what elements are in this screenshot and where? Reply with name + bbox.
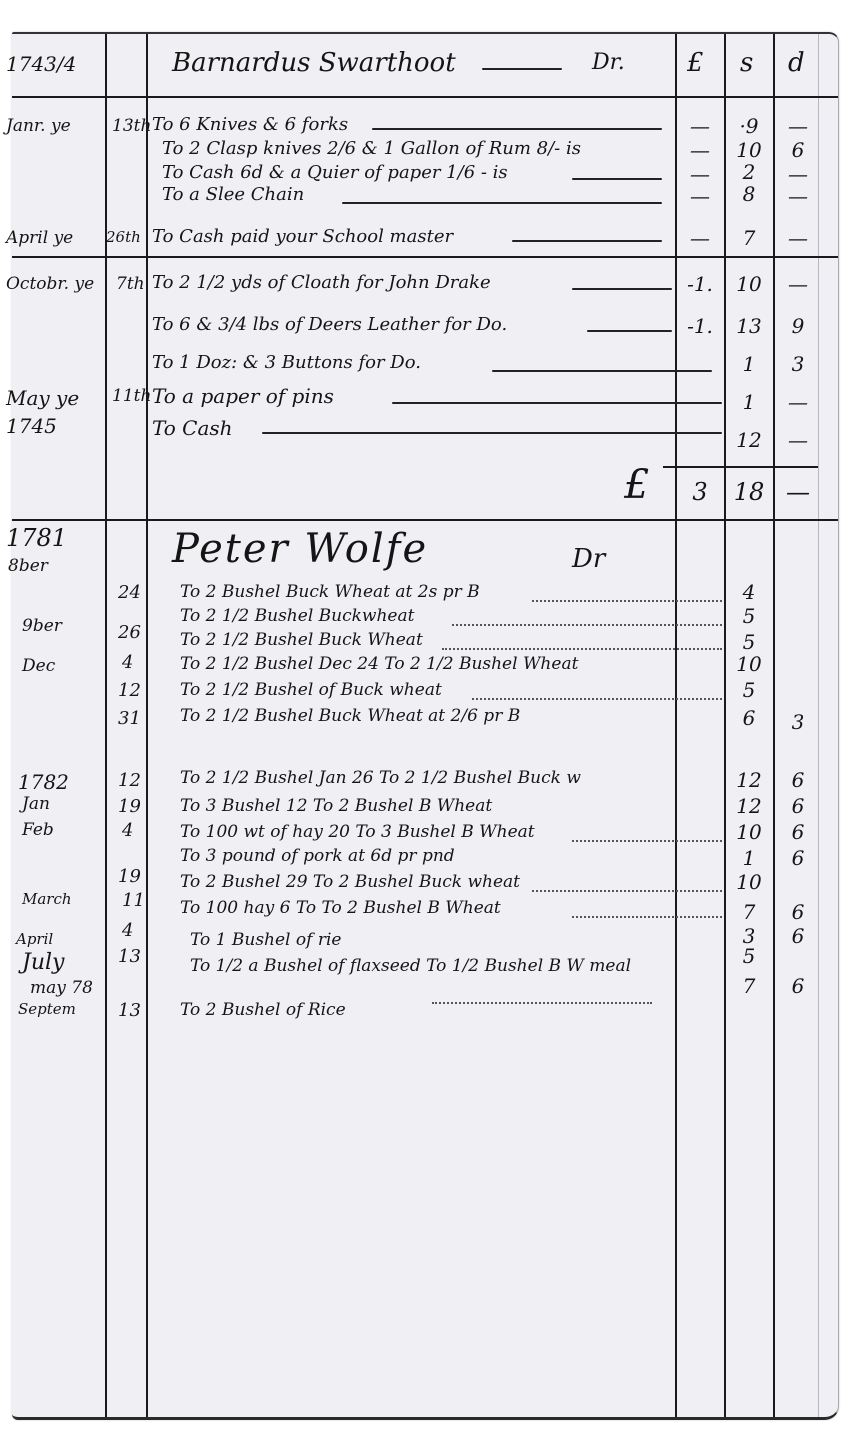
entry-date: 8ber: [8, 556, 48, 576]
entry-day: 24: [118, 582, 141, 603]
entry-desc: To 2 1/2 Bushel of Buck wheat: [180, 680, 442, 700]
entry-pence: —: [778, 226, 818, 250]
fill-line: [572, 288, 672, 290]
entry-day: 11th: [112, 386, 151, 406]
entry-pounds: —: [680, 226, 720, 250]
entry-desc: To 100 wt of hay 20 To 3 Bushel B Wheat: [180, 822, 535, 842]
entry-pence: —: [778, 390, 818, 414]
col-pence-label: d: [788, 48, 805, 78]
entry-shillings: 7: [729, 226, 769, 250]
entry-pence: 3: [778, 352, 818, 376]
entry-pence: —: [778, 162, 818, 186]
entry-day: 13: [118, 1000, 141, 1021]
entry-pence: —: [778, 272, 818, 296]
entry-day: 19: [118, 796, 141, 817]
entry-day: 31: [118, 708, 141, 729]
entry-day: 12: [118, 680, 141, 701]
entry-shillings: 7: [729, 974, 769, 998]
fill-dots: [572, 916, 722, 918]
fill-line: [342, 202, 662, 204]
entry-shillings: 5: [729, 630, 769, 654]
rule-header-bottom: [12, 96, 838, 98]
entry-shillings: 10: [729, 820, 769, 844]
entry-pence: 6: [778, 138, 818, 162]
entry-pence: 9: [778, 314, 818, 338]
entry-pounds: —: [680, 138, 720, 162]
header-year: 1743/4: [6, 52, 76, 76]
rule-account1-end: [12, 519, 838, 521]
entry-shillings: 5: [729, 944, 769, 968]
fill-line: [392, 402, 722, 404]
entry-day: 13th: [112, 116, 151, 136]
name-flourish: [482, 68, 562, 70]
rule-pence-col: [773, 34, 775, 1417]
entry-shillings: 10: [729, 652, 769, 676]
fill-line: [587, 330, 672, 332]
entry-date: Septem: [18, 1000, 76, 1018]
entry-pounds: —: [680, 162, 720, 186]
entry-day: 4: [122, 652, 133, 673]
entry-shillings: 12: [729, 428, 769, 452]
entry-pence: 6: [778, 900, 818, 924]
entry-desc: To 1 Bushel of rie: [190, 930, 341, 950]
entry-shillings: 10: [729, 870, 769, 894]
rule-shillings-col: [724, 34, 726, 1417]
entry-desc: To 100 hay 6 To To 2 Bushel B Wheat: [180, 898, 501, 918]
entry-day: 13: [118, 946, 141, 967]
entry-shillings: 4: [729, 580, 769, 604]
entry-shillings: 12: [729, 794, 769, 818]
fill-line: [262, 432, 722, 434]
entry-desc: To 2 Bushel Buck Wheat at 2s pr B: [180, 582, 480, 602]
entry-desc: To 2 1/2 Bushel Buck Wheat: [180, 630, 423, 650]
entry-pounds: —: [680, 114, 720, 138]
entry-desc: To 2 1/2 Bushel Jan 26 To 2 1/2 Bushel B…: [180, 768, 581, 788]
entry-date: April: [16, 930, 53, 948]
rule-april-bottom: [12, 256, 838, 258]
entry-date: April ye: [6, 228, 73, 248]
debtor-label: Dr.: [592, 50, 625, 75]
ledger-page: 1743/4 Barnardus Swarthoot Dr. £ s d Jan…: [12, 32, 839, 1420]
entry-date: March: [22, 890, 72, 908]
entry-day: 19: [118, 866, 141, 887]
entry-pence: —: [778, 428, 818, 452]
account2-name: Peter Wolfe: [172, 526, 428, 572]
account-name: Barnardus Swarthoot: [172, 48, 456, 78]
entry-pence: 6: [778, 846, 818, 870]
entry-pounds: -1.: [680, 314, 720, 338]
entry-day: 7th: [116, 274, 145, 294]
entry-desc: To 2 Clasp knives 2/6 & 1 Gallon of Rum …: [162, 138, 581, 159]
total-pence: —: [778, 478, 818, 506]
entry-pence: 6: [778, 768, 818, 792]
fill-dots: [452, 624, 722, 626]
entry-date: July: [22, 950, 64, 975]
entry-day: 4: [122, 920, 133, 941]
rule-pounds-col: [675, 34, 677, 1417]
entry-shillings: 10: [729, 272, 769, 296]
fill-dots: [432, 1002, 652, 1004]
entry-date: May ye: [6, 386, 79, 410]
entry-desc: To 3 Bushel 12 To 2 Bushel B Wheat: [180, 796, 492, 816]
entry-pence: —: [778, 114, 818, 138]
entry-day: 26: [118, 622, 141, 643]
entry-shillings: 1: [729, 846, 769, 870]
entry-pounds: -1.: [680, 272, 720, 296]
entry-pence: 6: [778, 820, 818, 844]
fill-dots: [532, 600, 722, 602]
total-shillings: 18: [729, 478, 769, 506]
fill-dots: [472, 698, 722, 700]
entry-desc: To 2 1/2 Bushel Buck Wheat at 2/6 pr B: [180, 706, 520, 726]
entry-desc: To Cash paid your School master: [152, 226, 453, 247]
rule-total-top: [663, 466, 818, 468]
rule-margin: [818, 34, 819, 1417]
entry-desc: To a paper of pins: [152, 384, 334, 408]
entry-day: 11: [122, 890, 145, 911]
col-shillings-label: s: [740, 48, 753, 78]
entry-pence: 6: [778, 974, 818, 998]
entry-shillings: 1: [729, 352, 769, 376]
entry-desc: To 6 Knives & 6 forks: [152, 114, 348, 135]
fill-line: [572, 178, 662, 180]
entry-desc: To 2 1/2 Bushel Buckwheat: [180, 606, 414, 626]
entry-date: Jan: [22, 794, 50, 814]
account2-debtor-label: Dr: [572, 544, 605, 574]
entry-desc: To 1 Doz: & 3 Buttons for Do.: [152, 352, 421, 373]
entry-shillings: 8: [729, 182, 769, 206]
entry-pounds: —: [680, 184, 720, 208]
entry-shillings: 2: [729, 160, 769, 184]
fill-line: [492, 370, 712, 372]
entry-desc: To 2 1/2 yds of Cloath for John Drake: [152, 272, 491, 293]
col-pounds-label: £: [687, 48, 704, 78]
entry-shillings: 1: [729, 390, 769, 414]
entry-day: 12: [118, 770, 141, 791]
entry-desc: To Cash 6d & a Quier of paper 1/6 - is: [162, 162, 508, 183]
entry-date: Octobr. ye: [6, 274, 94, 294]
entry-shillings: 13: [729, 314, 769, 338]
entry-day: 4: [122, 820, 133, 841]
entry-desc: To a Slee Chain: [162, 184, 304, 205]
entry-shillings: 10: [729, 138, 769, 162]
entry-desc: To 2 1/2 Bushel Dec 24 To 2 1/2 Bushel W…: [180, 654, 578, 674]
entry-date: 9ber: [22, 616, 62, 636]
entry-date: 1745: [6, 414, 57, 438]
entry-date: may 78: [30, 978, 93, 998]
entry-date: Janr. ye: [6, 116, 71, 136]
entry-desc: To 1/2 a Bushel of flaxseed To 1/2 Bushe…: [190, 956, 631, 976]
entry-pence: 6: [778, 924, 818, 948]
fill-dots: [572, 840, 722, 842]
entry-date: Feb: [22, 820, 54, 840]
total-pounds: 3: [680, 478, 720, 506]
fill-line: [512, 240, 662, 242]
entry-desc: To 3 pound of pork at 6d pr pnd: [180, 846, 455, 866]
fill-dots: [442, 648, 722, 650]
entry-pence: —: [778, 184, 818, 208]
fill-dots: [532, 890, 722, 892]
entry-shillings: 7: [729, 900, 769, 924]
entry-desc: To 2 Bushel 29 To 2 Bushel Buck wheat: [180, 872, 520, 892]
entry-desc: To Cash: [152, 416, 233, 440]
entry-shillings: ·9: [729, 114, 769, 138]
rule-day-col: [146, 34, 148, 1417]
entry-pence: 6: [778, 794, 818, 818]
total-pound-symbol: £: [624, 462, 649, 508]
entry-date: Dec: [22, 656, 55, 676]
entry-date: 1782: [18, 770, 69, 794]
entry-pence: 3: [778, 710, 818, 734]
account2-year: 1781: [6, 524, 67, 552]
entry-desc: To 2 Bushel of Rice: [180, 1000, 346, 1020]
entry-shillings: 5: [729, 604, 769, 628]
fill-line: [372, 128, 662, 130]
entry-shillings: 12: [729, 768, 769, 792]
entry-desc: To 6 & 3/4 lbs of Deers Leather for Do.: [152, 314, 507, 335]
entry-day: 26th: [106, 228, 141, 246]
entry-shillings: 6: [729, 706, 769, 730]
entry-shillings: 5: [729, 678, 769, 702]
